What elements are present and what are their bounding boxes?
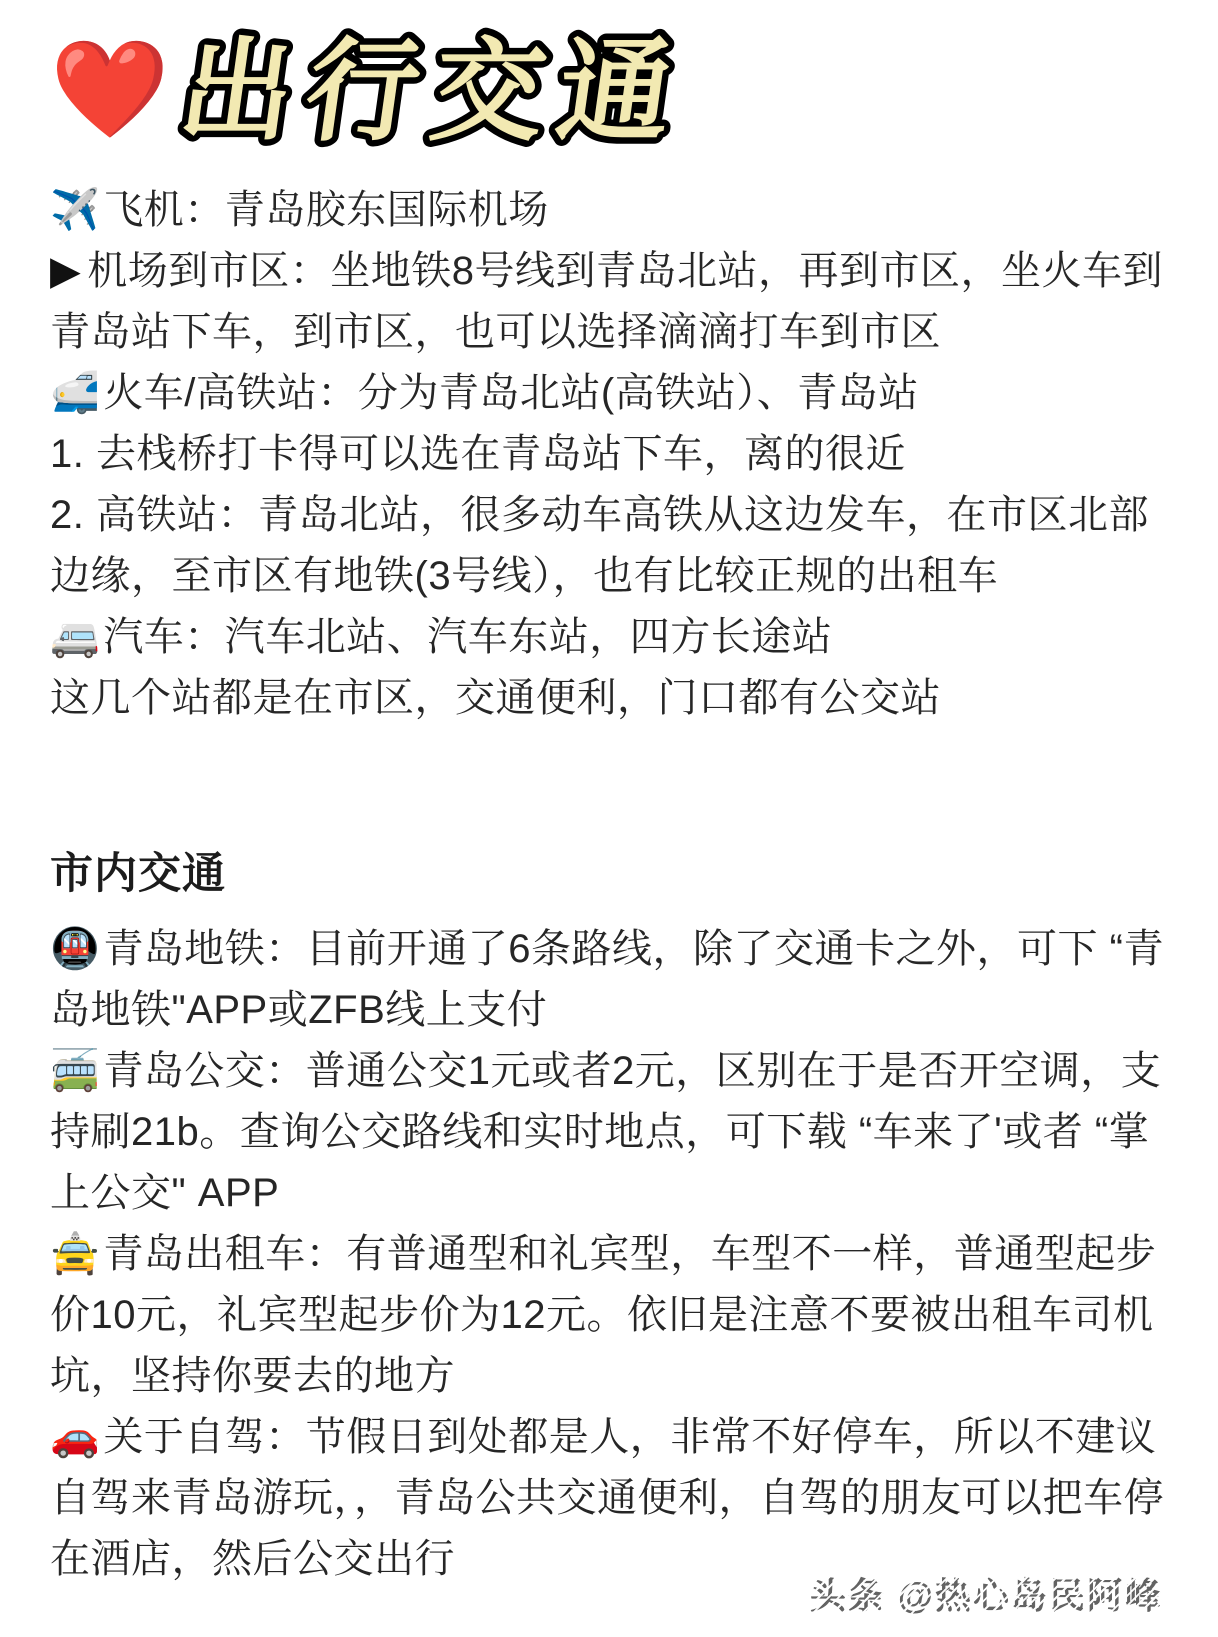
list-item-text: 火车/高铁站：分为青岛北站(高铁站）、青岛站: [103, 371, 918, 415]
list-item-bus-station: 🚐汽车：汽车北站、汽车东站，四方长途站: [50, 607, 1165, 668]
list-item-text: 汽车：汽车北站、汽车东站，四方长途站: [103, 615, 832, 659]
trolleybus-icon: 🚎: [50, 1049, 100, 1093]
car-icon: 🚗: [50, 1415, 100, 1459]
minibus-icon: 🚐: [50, 615, 100, 659]
list-item-text: 关于自驾：节假日到处都是人，非常不好停车，所以不建议自驾来青岛游玩，，青岛公共交…: [50, 1415, 1164, 1581]
list-item-text: 1. 去栈桥打卡得可以选在青岛站下车，离的很近: [50, 432, 906, 476]
list-item-text: 飞机：青岛胶东国际机场: [103, 188, 549, 232]
list-item-text: 青岛出租车：有普通型和礼宾型，车型不一样，普通型起步价10元，礼宾型起步价为12…: [50, 1232, 1156, 1398]
travel-note-page: ❤️ 出行交通 ✈️飞机：青岛胶东国际机场 ▶机场到市区：坐地铁8号线到青岛北站…: [0, 0, 1218, 1590]
page-title: ❤️ 出行交通: [50, 14, 1165, 162]
list-item-train-station: 🚅火车/高铁站：分为青岛北站(高铁站）、青岛站: [50, 363, 1165, 424]
list-item-public-bus: 🚎青岛公交：普通公交1元或者2元，区别在于是否开空调，支持刷21b。查询公交路线…: [50, 1041, 1165, 1224]
metro-icon: 🚇: [50, 927, 100, 971]
page-title-text: 出行交通: [174, 28, 694, 153]
list-item-self-driving: 🚗关于自驾：节假日到处都是人，非常不好停车，所以不建议自驾来青岛游玩，，青岛公共…: [50, 1407, 1165, 1590]
bullet-train-icon: 🚅: [50, 371, 100, 415]
list-item-text: 这几个站都是在市区，交通便利，门口都有公交站: [50, 676, 941, 720]
list-item-metro: 🚇青岛地铁：目前开通了6条路线，除了交通卡之外，可下 “青岛地铁"APP或ZFB…: [50, 919, 1165, 1041]
taxi-icon: 🚖: [50, 1232, 100, 1276]
section-intercity: ✈️飞机：青岛胶东国际机场 ▶机场到市区：坐地铁8号线到青岛北站，再到市区，坐火…: [50, 180, 1165, 729]
list-item-note-2: 2. 高铁站：青岛北站，很多动车高铁从这边发车，在市区北部边缘，至市区有地铁(3…: [50, 485, 1165, 607]
section-heading-city-transport: 市内交通: [50, 844, 1165, 905]
section-city: 🚇青岛地铁：目前开通了6条路线，除了交通卡之外，可下 “青岛地铁"APP或ZFB…: [50, 919, 1165, 1590]
list-item-stations-summary: 这几个站都是在市区，交通便利，门口都有公交站: [50, 668, 1165, 729]
red-heart-icon: ❤️: [50, 42, 170, 138]
list-item-text: 青岛公交：普通公交1元或者2元，区别在于是否开空调，支持刷21b。查询公交路线和…: [50, 1049, 1161, 1215]
list-item-taxi: 🚖青岛出租车：有普通型和礼宾型，车型不一样，普通型起步价10元，礼宾型起步价为1…: [50, 1224, 1165, 1407]
watermark: 头条 @热心岛民阿峰: [810, 1568, 1163, 1619]
list-item-note-1: 1. 去栈桥打卡得可以选在青岛站下车，离的很近: [50, 424, 1165, 485]
list-item-text: 机场到市区：坐地铁8号线到青岛北站，再到市区，坐火车到青岛站下车，到市区，也可以…: [50, 249, 1163, 354]
play-triangle-icon: ▶: [50, 248, 81, 294]
list-item-airport-to-city: ▶机场到市区：坐地铁8号线到青岛北站，再到市区，坐火车到青岛站下车，到市区，也可…: [50, 241, 1165, 363]
list-item-airplane: ✈️飞机：青岛胶东国际机场: [50, 180, 1165, 241]
list-item-text: 青岛地铁：目前开通了6条路线，除了交通卡之外，可下 “青岛地铁"APP或ZFB线…: [50, 927, 1164, 1032]
list-item-text: 2. 高铁站：青岛北站，很多动车高铁从这边发车，在市区北部边缘，至市区有地铁(3…: [50, 493, 1149, 598]
airplane-icon: ✈️: [50, 188, 100, 232]
title-art: 出行交通: [174, 14, 734, 162]
